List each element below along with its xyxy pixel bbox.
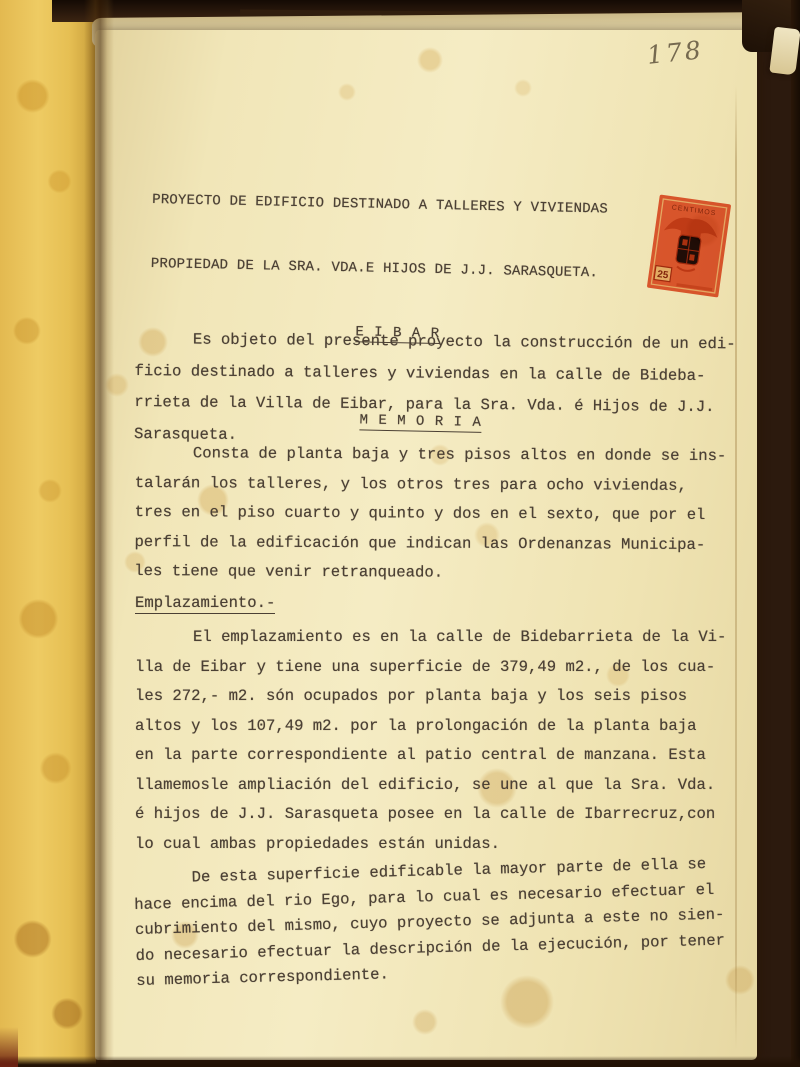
section-heading-text: Emplazamiento.-	[135, 594, 275, 614]
page-edges-stack	[756, 34, 794, 1062]
paragraph-2: Consta de planta baja y tres pisos altos…	[134, 439, 726, 590]
section-heading: Emplazamiento.-	[135, 594, 275, 612]
paragraph-3: El emplazamiento es en la calle de Bideb…	[135, 623, 726, 859]
paragraph-4: De esta superficie edificable la mayor p…	[133, 852, 726, 995]
text-line: tres en el piso cuarto y quinto y dos en…	[135, 498, 727, 531]
text-line: les 272,- m2. són ocupados por planta ba…	[135, 682, 726, 712]
text-line: ficio destinado a talleres y viviendas e…	[134, 355, 735, 392]
text-line: Es objeto del presente proyecto la const…	[135, 324, 736, 361]
text-line: perfil de la edificación que indican las…	[134, 527, 726, 560]
page-crease	[735, 85, 737, 1050]
text-line: El emplazamiento es en la calle de Bideb…	[135, 623, 726, 653]
bottom-cover-edge	[0, 1056, 800, 1067]
stamp-value: 25	[656, 269, 669, 282]
text-line: llamemosle ampliación del edificio, se u…	[135, 771, 726, 801]
scanned-book-photo: 178 CENTIMOS 25 PROYECTO DE EDIFICIO DES…	[0, 0, 800, 1067]
text-line: lla de Eibar y tiene una superficie de 3…	[135, 653, 726, 683]
revenue-stamp: CENTIMOS 25	[646, 193, 733, 298]
text-line: rrieta de la Villa de Eibar, para la Sra…	[134, 387, 735, 424]
text-line: altos y los 107,49 m2. por la prolongaci…	[135, 712, 726, 742]
facing-page	[0, 0, 96, 1067]
book-gutter-shadow	[84, 0, 114, 1067]
stamp-graphic: CENTIMOS 25	[646, 193, 733, 298]
right-cover-edge	[791, 0, 800, 1067]
text-line: talarán los talleres, y los otros tres p…	[135, 468, 727, 501]
text-line: Consta de planta baja y tres pisos altos…	[135, 439, 727, 472]
title-line-2: PROPIEDAD DE LA SRA. VDA.E HIJOS DE J.J.…	[150, 256, 606, 298]
paragraph-1: Es objeto del presente proyecto la const…	[134, 324, 736, 455]
title-line-1: PROYECTO DE EDIFICIO DESTINADO A TALLERE…	[152, 192, 608, 234]
folded-page-corner	[769, 27, 800, 76]
document-page: 178 CENTIMOS 25 PROYECTO DE EDIFICIO DES…	[95, 30, 757, 1060]
text-line: en la parte correspondiente al patio cen…	[135, 741, 726, 771]
page-number-handwritten: 178	[646, 35, 705, 70]
text-line: é hijos de J.J. Sarasqueta posee en la c…	[135, 800, 726, 830]
bottom-left-cover	[0, 1027, 18, 1067]
text-line: les tiene que venir retranqueado.	[134, 557, 726, 590]
